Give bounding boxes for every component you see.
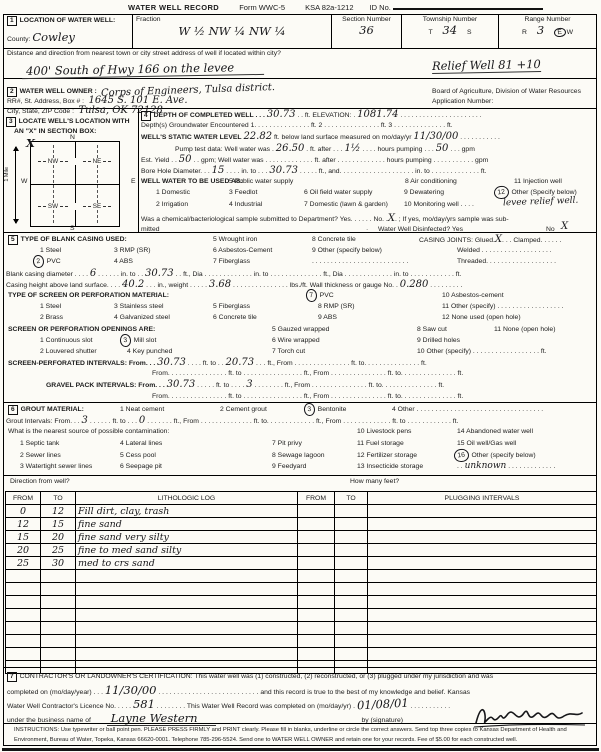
- casing-depth-value: 30.73: [145, 268, 174, 279]
- table-row: 1520fine sand very silty: [6, 531, 597, 544]
- grout-to-value: 0: [139, 415, 145, 426]
- plug-cell: [368, 544, 597, 557]
- lith-cell: Fill dirt, clay, trash: [76, 505, 298, 518]
- option: 1 Septic tank: [20, 438, 59, 449]
- option: 6 Concrete tile: [213, 312, 257, 323]
- spi-end: . . . ft., From . . . . . . . . . . . . …: [256, 360, 427, 367]
- plug-cell: [335, 505, 368, 518]
- pump-gpm-value: 50: [436, 143, 449, 154]
- quadrant-nw: NW: [31, 158, 75, 165]
- casing-row-2: 1 Steel3 RMP (SR)6 Asbestos-Cement9 Othe…: [6, 245, 594, 256]
- depth-trailing-dots: . . . . . . . . . . . . . . . . . . . . …: [400, 112, 481, 119]
- lith-cell: [41, 609, 76, 622]
- option: 7 Pit privy: [272, 438, 302, 449]
- pump-depth-value: 26.50: [276, 143, 305, 154]
- openings-title: SCREEN OR PERFORATION OPENINGS ARE:: [8, 324, 155, 335]
- lith-cell: [76, 583, 298, 596]
- lith-cell: 0: [6, 505, 41, 518]
- plug-cell: [335, 518, 368, 531]
- option: 5 Wrought iron: [213, 234, 257, 245]
- option: 2 Louvered shutter: [40, 346, 97, 357]
- lith-cell: fine sand: [76, 518, 298, 531]
- gravel-intervals-line-2: From. . . . . . . . . . . . . . . . ft. …: [6, 391, 594, 402]
- option: 2 Cement grout: [220, 404, 267, 415]
- lith-cell: [6, 622, 41, 635]
- spi-mid: . . . . ft. to . .: [188, 360, 224, 367]
- direction-label: Direction from well?: [10, 478, 70, 485]
- lith-cell: [76, 570, 298, 583]
- section-1-number: 1: [7, 16, 17, 26]
- plug-cell: [298, 544, 335, 557]
- plug-cell: [368, 505, 597, 518]
- pump-end: . . . gpm: [450, 146, 475, 153]
- table-row: [6, 583, 597, 596]
- option: 5 Public water supply: [229, 176, 293, 187]
- lith-cell: fine sand very silty: [76, 531, 298, 544]
- plug-cell: [298, 557, 335, 570]
- plug-cell: [335, 544, 368, 557]
- lith-cell: [6, 570, 41, 583]
- section-number-value: 36: [359, 23, 374, 37]
- used-as-row-1: WELL WATER TO BE USED AS:5 Public water …: [141, 176, 594, 187]
- screen-intervals-line-2: From. . . . . . . . . . . . . . . . ft. …: [6, 368, 594, 379]
- lith-cell: [6, 596, 41, 609]
- instructions-box: INSTRUCTIONS: Use typewriter or ball poi…: [4, 723, 596, 747]
- option: 1 Steel: [40, 245, 61, 256]
- plug-cell: [298, 518, 335, 531]
- lith-cell: [41, 596, 76, 609]
- lith-cell: [6, 583, 41, 596]
- option: 1 Steel: [40, 301, 61, 312]
- chem-sample-no-x: X: [388, 213, 395, 224]
- option: 6 Asbestos-Cement: [213, 245, 272, 256]
- quadrant-se: SE: [75, 203, 119, 210]
- township-value: 34: [442, 23, 457, 37]
- screen-intervals-label: SCREEN-PERFORATED INTERVALS: From. . .: [8, 360, 155, 367]
- plug-cell: [298, 505, 335, 518]
- form-number: Form WWC-5: [239, 3, 285, 12]
- quarter-line-left: [53, 145, 54, 223]
- county-label: County:: [7, 36, 30, 43]
- option: 4 Other . . . . . . . . . . . . . . . . …: [392, 404, 543, 415]
- casing-height-label: Casing height above land surface. . . .: [6, 282, 120, 289]
- plug-cell: [335, 635, 368, 648]
- option-circled: 3 Mill slot: [120, 335, 156, 346]
- casing-diameter-label: Blank casing diameter . . . .: [6, 271, 88, 278]
- option: 12 None used (open hole): [442, 312, 521, 323]
- option: 9 Feedyard: [272, 461, 306, 472]
- option: 9 ABS: [318, 312, 337, 323]
- gpi-end: . . . . . . . . ft., From . . . . . . . …: [255, 382, 445, 389]
- township-s: S: [467, 29, 472, 36]
- how-many-feet-label: How many feet?: [350, 478, 399, 485]
- option: Welded . . . . . . . . . . . . . . . . .…: [457, 245, 552, 256]
- option: 11 None (open hole): [494, 324, 555, 335]
- section-1-title: LOCATION OF WATER WELL:: [20, 17, 116, 24]
- gpi-mid: . . . . . ft. to . . . .: [197, 382, 244, 389]
- range-label: Range Number: [502, 16, 593, 23]
- plug-cell: [298, 622, 335, 635]
- height-mid2: . . . . . . . . . . . . . . . lbs./ft. W…: [233, 282, 398, 289]
- disinfected-no-x: X: [561, 221, 568, 232]
- table-row: [6, 622, 597, 635]
- distance-row: Distance and direction from nearest town…: [4, 49, 596, 79]
- pump-test-label: Pump test data: Well water was .: [175, 146, 274, 153]
- plug-cell: [368, 531, 597, 544]
- one-mile-label: 1 Mile: [4, 167, 10, 182]
- table-header-row: FROM TO LITHOLOGIC LOG FROM TO PLUGGING …: [6, 492, 597, 505]
- id-label: ID No.: [370, 3, 391, 12]
- casing-height-value: 40.2: [122, 279, 144, 290]
- grout-options-row: 6GROUT MATERIAL: 1 Neat cement2 Cement g…: [6, 404, 594, 415]
- option: 10 Monitoring well . . . .: [404, 199, 474, 210]
- lith-cell: fine to med sand silty: [76, 544, 298, 557]
- option: 9 Drilled holes: [417, 335, 460, 346]
- option-circled: 16 Other (specify below): [454, 450, 536, 461]
- option: 9 Other (specify below): [312, 245, 382, 256]
- contamination-row-3: . . unknown . . . . . . . . . . . . .3 W…: [6, 461, 594, 472]
- col-from-2: FROM: [298, 492, 335, 505]
- option: 3 Watertight sewer lines: [20, 461, 92, 472]
- compass-north: N: [70, 134, 75, 141]
- option: 7 Torch cut: [272, 346, 305, 357]
- option: 5 Gauzed wrapped: [272, 324, 329, 335]
- plug-cell: [335, 583, 368, 596]
- plug-cell: [335, 596, 368, 609]
- contamination-row-1: 1 Septic tank4 Lateral lines7 Pit privy1…: [6, 438, 594, 449]
- grout-title: GROUT MATERIAL:: [21, 406, 84, 413]
- casing-title: TYPE OF BLANK CASING USED:: [21, 236, 127, 243]
- bore-diameter-value: 15: [212, 165, 225, 176]
- used-as-row-3: levee relief well.2 Irrigation4 Industri…: [141, 199, 594, 210]
- lith-cell: [41, 635, 76, 648]
- board-line: Board of Agriculture, Division of Water …: [432, 87, 581, 97]
- option: 5 Fiberglass: [213, 301, 250, 312]
- elevation-label: . . ft. ELEVATION: .: [297, 112, 355, 119]
- section-6-grout: 6GROUT MATERIAL: 1 Neat cement2 Cement g…: [4, 403, 596, 476]
- gravel-intervals-label: GRAVEL PACK INTERVALS: From. . .: [46, 382, 165, 389]
- gi-end: . . . . . . . ft., From . . . . . . . . …: [147, 418, 458, 425]
- grout-intervals-label: Grout Intervals: From. . .: [6, 418, 80, 425]
- option: 4 Galvanized steel: [114, 312, 170, 323]
- range-value-row: R 3 EW: [502, 23, 593, 37]
- plug-cell: [298, 635, 335, 648]
- range-west: W: [567, 29, 573, 36]
- option: 12 Fertilizer storage: [357, 450, 417, 461]
- range-east-circled: E: [554, 27, 566, 37]
- screen-material-row-1: TYPE OF SCREEN OR PERFORATION MATERIAL:7…: [6, 290, 594, 301]
- option: 3 RMP (SR): [114, 245, 151, 256]
- option: 8 Sewage lagoon: [272, 450, 325, 461]
- option: 8 Saw cut: [417, 324, 447, 335]
- record-date-value: 01/08/01: [357, 696, 409, 713]
- lith-cell: 25: [41, 544, 76, 557]
- plug-cell: [335, 557, 368, 570]
- compass-west: W: [21, 178, 27, 185]
- section-3-title-2: AN "X" IN SECTION BOX:: [14, 128, 136, 135]
- table-row: [6, 648, 597, 661]
- option: 11 Other (specify) . . . . . . . . . . .…: [442, 301, 564, 312]
- application-number-label: Application Number:: [432, 97, 581, 107]
- casing-row-1: 5TYPE OF BLANK CASING USED: CASING JOINT…: [6, 234, 594, 245]
- lith-cell: [6, 648, 41, 661]
- plug-cell: [298, 570, 335, 583]
- screen-material-row-3: 2 Brass4 Galvanized steel6 Concrete tile…: [6, 312, 594, 323]
- table-row: 2025fine to med sand silty: [6, 544, 597, 557]
- option: 2 Brass: [40, 312, 63, 323]
- well-name-value: Relief Well 81 +10: [432, 57, 541, 74]
- casing-row-3: 2 PVC4 ABS7 Fiberglass. . . . . . . . . …: [6, 256, 594, 267]
- chem-sample-tail: . ; If yes, mo/day/yrs sample was sub-: [395, 216, 509, 223]
- chem-sample-mitted: mitted: [141, 226, 160, 233]
- lith-cell: [76, 622, 298, 635]
- option: 14 Abandoned water well: [457, 426, 533, 437]
- static-level-date: 11/30/00: [413, 131, 458, 142]
- option: 11 Fuel storage: [357, 438, 404, 449]
- range-value: 3: [537, 23, 544, 37]
- option: Threaded. . . . . . . . . . . . . . . . …: [457, 256, 556, 267]
- section-5-number: 5: [8, 235, 18, 245]
- fraction-label: Fraction: [136, 16, 328, 23]
- yield-end: . . gpm; Well water was . . . . . . . . …: [193, 157, 488, 164]
- quadrant-sw: SW: [31, 203, 75, 210]
- option: 9 Dewatering: [404, 187, 444, 198]
- openings-row-1: SCREEN OR PERFORATION OPENINGS ARE:5 Gau…: [6, 324, 594, 335]
- table-row: [6, 596, 597, 609]
- board-block: Board of Agriculture, Division of Water …: [432, 87, 581, 107]
- bore-depth-value: 30.73: [269, 165, 298, 176]
- township-value-row: T 34 S: [405, 23, 495, 37]
- gauge-value: 0.280: [400, 279, 429, 290]
- table-row: 012Fill dirt, clay, trash: [6, 505, 597, 518]
- lith-cell: [76, 596, 298, 609]
- col-lithologic-log: LITHOLOGIC LOG: [76, 492, 298, 505]
- option-circled: 2 PVC: [33, 256, 61, 267]
- chem-sample-question: Was a chemical/bacteriological sample su…: [141, 216, 388, 223]
- static-level-label: WELL'S STATIC WATER LEVEL: [141, 134, 242, 141]
- bottom-rule: [2, 748, 599, 751]
- option: 10 Livestock pens: [357, 426, 411, 437]
- contam-post-dots: . . . . . . . . . . . . .: [508, 463, 555, 470]
- lith-cell: 15: [41, 518, 76, 531]
- gravel-interval-from: 30.73: [167, 379, 196, 390]
- option: 1 Domestic: [156, 187, 190, 198]
- quadrant-ne: NE: [75, 158, 119, 165]
- section-box-center-horizontal: [31, 184, 119, 185]
- pump-mid2: . . . . hours pumping . . .: [362, 146, 433, 153]
- completed-date-value: 11/30/00: [105, 683, 157, 697]
- pump-hours-value: 1½: [344, 143, 360, 154]
- distance-value: 400' South of Hwy 166 on the levee: [22, 60, 264, 79]
- range-r: R: [522, 29, 527, 36]
- licence-label: Water Well Contractor's Licence No. . . …: [7, 703, 131, 710]
- plug-cell: [298, 596, 335, 609]
- lith-cell: 30: [41, 557, 76, 570]
- casing-joints-tail: . . . Clamped. . . . . .: [502, 237, 561, 244]
- option: 6 Seepage pit: [120, 461, 162, 472]
- option: . . . . . . . . . . . . . . . . . . . . …: [312, 256, 408, 267]
- option: 10 Asbestos-cement: [442, 290, 504, 301]
- contam-pre-dots: . .: [457, 463, 463, 470]
- lith-cell: 15: [6, 531, 41, 544]
- bore-label: Bore Hole Diameter. . .: [141, 168, 210, 175]
- contamination-title: What is the nearest source of possible c…: [8, 426, 169, 437]
- distance-question: Distance and direction from nearest town…: [7, 50, 593, 57]
- contamination-row-0: What is the nearest source of possible c…: [6, 426, 594, 438]
- lith-cell: med to crs sand: [76, 557, 298, 570]
- lith-cell: [41, 570, 76, 583]
- plug-cell: [368, 622, 597, 635]
- quarter-line-right: [97, 145, 98, 223]
- depth-label: DEPTH OF COMPLETED WELL . . .: [154, 112, 265, 119]
- yield-label: Est. Yield . .: [141, 157, 177, 164]
- section-7-number: 7: [7, 672, 17, 682]
- gi-mid: . . . . . . ft. to . . .: [90, 418, 137, 425]
- col-from-1: FROM: [6, 492, 41, 505]
- option: 2 Sewer lines: [20, 450, 61, 461]
- ksa-number: KSA 82a-1212: [305, 3, 353, 12]
- direction-row: Direction from well? How many feet?: [4, 476, 596, 491]
- table-row: 2530med to crs sand: [6, 557, 597, 570]
- diam-mid: . . . . . . in. to . .: [98, 271, 143, 278]
- section-7-certification: 7CONTRACTOR'S OR LANDOWNER'S CERTIFICATI…: [4, 667, 596, 723]
- lith-cell: [76, 635, 298, 648]
- contamination-row-2: 2 Sewer lines5 Cess pool8 Sewage lagoon1…: [6, 450, 594, 461]
- plug-cell: [335, 622, 368, 635]
- id-blank-line: [393, 8, 543, 10]
- screen-interval-from: 30.73: [157, 357, 186, 368]
- static-level-mid: ft. below land surface measured on mo/da…: [274, 134, 412, 141]
- township-label: Township Number: [405, 16, 495, 23]
- table-row: [6, 609, 597, 622]
- lith-cell: 12: [41, 505, 76, 518]
- form-body: 1LOCATION OF WATER WELL: County: Cowley …: [3, 14, 597, 746]
- section-6-number: 6: [8, 405, 18, 415]
- option: 10 Other (specify) . . . . . . . . . . .…: [417, 346, 547, 357]
- lith-cell: [41, 648, 76, 661]
- plug-cell: [298, 583, 335, 596]
- groundwater-line: Depth(s) Groundwater Encountered 1. . . …: [141, 120, 594, 131]
- lith-cell: [6, 609, 41, 622]
- option: 1 Continuous slot: [40, 335, 93, 346]
- option: 2 Irrigation: [156, 199, 188, 210]
- county-value: Cowley: [32, 30, 75, 44]
- option: 6 Oil field water supply: [304, 187, 372, 198]
- certification-line-2-tail: . . . . . . . . . . . . . . . . . . . . …: [158, 689, 470, 696]
- openings-row-2: 1 Continuous slot3 Mill slot6 Wire wrapp…: [6, 335, 594, 346]
- section-number-label: Section Number: [335, 16, 398, 23]
- col-to-2: TO: [335, 492, 368, 505]
- plug-cell: [298, 648, 335, 661]
- lith-cell: [6, 635, 41, 648]
- section-3-locate: 3LOCATE WELL'S LOCATION WITH AN "X" IN S…: [4, 109, 139, 233]
- option: 8 RMP (SR): [318, 301, 355, 312]
- openings-row-3: 2 Louvered shutter4 Key punched7 Torch c…: [6, 346, 594, 357]
- casing-joints-label: CASING JOINTS: Glued.: [419, 237, 495, 244]
- section-3-number: 3: [6, 117, 16, 127]
- lith-cell: 20: [41, 531, 76, 544]
- option: 4 Industrial: [229, 199, 262, 210]
- screen-interval-to: 20.73: [225, 357, 254, 368]
- plug-cell: [368, 583, 597, 596]
- option: 4 Lateral lines: [120, 438, 162, 449]
- plug-cell: [368, 596, 597, 609]
- plug-cell: [368, 518, 597, 531]
- section-1-location: 1LOCATION OF WATER WELL: County: Cowley …: [4, 15, 596, 49]
- depth-value: 30.73: [267, 109, 296, 120]
- section-3-title-1: LOCATE WELL'S LOCATION WITH: [19, 118, 130, 125]
- option: 13 Insecticide storage: [357, 461, 423, 472]
- grout-from-value: 3: [82, 415, 88, 426]
- option: 6 Wire wrapped: [272, 335, 320, 346]
- section-box-diagram: NW NE SW SE X: [30, 141, 120, 227]
- completed-on-label: completed on (mo/day/year) . . .: [7, 689, 103, 696]
- casing-diameter-value: 6: [90, 268, 96, 279]
- option: 7 Domestic (lawn & garden): [304, 199, 388, 210]
- lithologic-table-region: FROM TO LITHOLOGIC LOG FROM TO PLUGGING …: [4, 491, 596, 667]
- option: 3 Feedlot: [229, 187, 257, 198]
- plug-cell: [335, 531, 368, 544]
- compass-east: E: [131, 178, 136, 185]
- plug-cell: [368, 557, 597, 570]
- casing-weight-value: 3.68: [209, 279, 231, 290]
- lith-cell: [76, 648, 298, 661]
- lith-cell: 20: [6, 544, 41, 557]
- gravel-interval-to: 3: [246, 379, 252, 390]
- elevation-value: 1081.74: [357, 109, 398, 120]
- certification-line-1: CONTRACTOR'S OR LANDOWNER'S CERTIFICATIO…: [20, 673, 493, 680]
- height-end: . . . . . . . . .: [430, 282, 462, 289]
- water-well-record-form: WATER WELL RECORD Form WWC-5 KSA 82a-121…: [0, 0, 601, 752]
- plug-cell: [298, 609, 335, 622]
- plug-cell: [368, 570, 597, 583]
- yield-value: 50: [179, 154, 192, 165]
- lith-cell: [41, 583, 76, 596]
- option: 4 ABS: [114, 256, 133, 267]
- option: 11 Injection well: [514, 176, 562, 187]
- lith-cell: [76, 609, 298, 622]
- option: 15 Oil well/Gas well: [457, 438, 516, 449]
- table-row: [6, 635, 597, 648]
- plug-cell: [368, 635, 597, 648]
- bore-end: . . . . . ft., and. . . . . . . . . . . …: [300, 168, 487, 175]
- option-circled: 3 Bentonite: [304, 404, 346, 415]
- col-to-1: TO: [41, 492, 76, 505]
- one-mile-arrow: [15, 147, 16, 223]
- plug-cell: [335, 570, 368, 583]
- table-row: 1215fine sand: [6, 518, 597, 531]
- instructions-text: INSTRUCTIONS: Use typewriter or ball poi…: [4, 724, 596, 746]
- section-4-depth: 4DEPTH OF COMPLETED WELL . . . 30.73 . .…: [141, 109, 594, 235]
- option: 8 Concrete tile: [312, 234, 356, 245]
- licence-value: 581: [133, 697, 155, 711]
- lith-cell: 12: [6, 518, 41, 531]
- table-row: [6, 570, 597, 583]
- form-title: WATER WELL RECORD: [128, 3, 219, 12]
- contamination-other-value: unknown: [465, 461, 507, 471]
- township-t: T: [429, 29, 433, 36]
- static-level-dots: . . . . . . . . . . .: [460, 134, 500, 141]
- section-5-casing: 5TYPE OF BLANK CASING USED: CASING JOINT…: [4, 233, 596, 403]
- lith-cell: [41, 622, 76, 635]
- option-circled: 7 PVC: [306, 290, 334, 301]
- used-as-title: WELL WATER TO BE USED AS:: [141, 176, 243, 187]
- well-x-mark: X: [26, 136, 35, 150]
- option: 3 Stainless steel: [114, 301, 164, 312]
- record-date-dots: . . . . . . . . . . .: [410, 703, 450, 710]
- col-plugging-intervals: PLUGGING INTERVALS: [368, 492, 597, 505]
- screen-material-title: TYPE OF SCREEN OR PERFORATION MATERIAL:: [8, 290, 169, 301]
